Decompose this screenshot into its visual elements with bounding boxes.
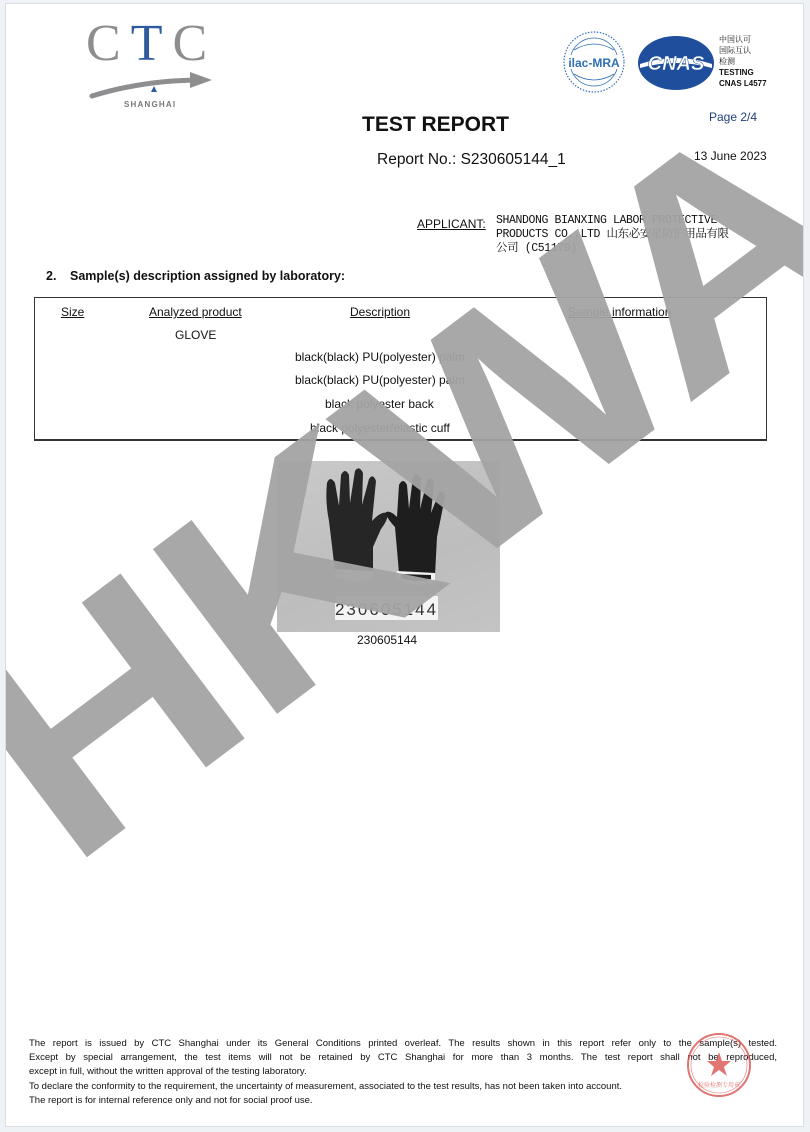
report-number: Report No.: S230605144_1 bbox=[377, 151, 566, 169]
footer-line: Except by special arrangement, the test … bbox=[29, 1051, 777, 1065]
column-header-sample-information: Sample information bbox=[568, 305, 671, 319]
description-cell: black polyester back bbox=[325, 397, 434, 411]
page-number: Page 2/4 bbox=[709, 110, 757, 124]
description-cell: black(black) PU(polyester) palm bbox=[295, 373, 465, 387]
sample-description-table: Size Analyzed product Description Sample… bbox=[34, 297, 767, 441]
svg-text:ilac-MRA: ilac-MRA bbox=[568, 56, 620, 70]
page-title: TEST REPORT bbox=[362, 113, 509, 137]
svg-text:检验检测专用章: 检验检测专用章 bbox=[698, 1081, 740, 1089]
column-header-analyzed-product: Analyzed product bbox=[149, 305, 242, 319]
applicant-label: APPLICANT: bbox=[417, 217, 486, 231]
gloves-image-icon: 230605144 bbox=[277, 461, 500, 632]
footer-line: The report is issued by CTC Shanghai und… bbox=[29, 1037, 777, 1051]
ilac-mra-logo-icon: ilac-MRA bbox=[562, 30, 626, 94]
svg-text:230605144: 230605144 bbox=[335, 600, 438, 619]
column-header-description: Description bbox=[350, 305, 410, 319]
report-date: 13 June 2023 bbox=[694, 149, 767, 163]
column-header-size: Size bbox=[61, 305, 84, 319]
applicant-name: SHANDONG BIANXING LABOR PROTECTIVE PRODU… bbox=[496, 214, 766, 256]
cnas-logo-icon: CNAS bbox=[636, 34, 716, 92]
footer-line: The report is for internal reference onl… bbox=[29, 1094, 777, 1108]
svg-text:CNAS: CNAS bbox=[648, 53, 705, 75]
photo-caption: 230605144 bbox=[357, 633, 417, 647]
official-stamp-icon: 检验检测专用章 bbox=[686, 1032, 752, 1098]
report-page: CTC SHANGHAI ilac-MRA CNAS 中国认可 国际互认 检测 … bbox=[6, 4, 803, 1126]
cnas-accreditation-text: 中国认可 国际互认 检测 TESTING CNAS L4577 bbox=[719, 34, 767, 89]
section-heading: 2.Sample(s) description assigned by labo… bbox=[46, 269, 345, 283]
ctc-logo: CTC SHANGHAI bbox=[84, 18, 224, 110]
ctc-arrow-icon bbox=[84, 62, 224, 102]
footer-line: To declare the conformity to the require… bbox=[29, 1080, 777, 1094]
description-cell: black(black) PU(polyester) palm bbox=[295, 350, 465, 364]
description-cell: black polyester/elastic cuff bbox=[310, 421, 450, 435]
analyzed-product-cell: GLOVE bbox=[175, 328, 216, 342]
ctc-city: SHANGHAI bbox=[124, 100, 176, 109]
report-footer: The report is issued by CTC Shanghai und… bbox=[29, 1037, 777, 1108]
sample-photo: 230605144 bbox=[277, 461, 500, 632]
footer-line: except in full, without the written appr… bbox=[29, 1065, 777, 1079]
